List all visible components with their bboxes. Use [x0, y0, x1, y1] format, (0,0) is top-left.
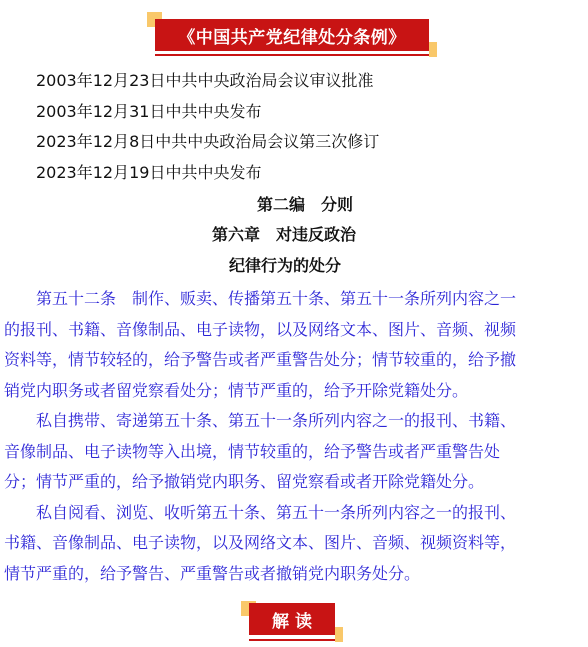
article-body: 第五十二条 制作、贩卖、传播第五十条、第五十一条所列内容之一 的报刊、书籍、音像… [4, 284, 582, 589]
title-bar: 《中国共产党纪律处分条例》 [155, 19, 429, 51]
text-line: 书籍、音像制品、电子读物，以及网络文本、图片、音频、视频资料等， [4, 528, 582, 559]
date-line: 2003年12月31日中共中央发布 [36, 97, 379, 128]
interpretation-underline [249, 639, 335, 641]
chapter-heading-line2: 纪律行为的处分 [229, 251, 341, 281]
interpretation-title: 解读 [266, 607, 318, 632]
text-line: 第五十二条 制作、贩卖、传播第五十条、第五十一条所列内容之一 [4, 284, 582, 315]
date-list: 2003年12月23日中共中央政治局会议审议批准 2003年12月31日中共中央… [36, 66, 379, 188]
interpretation-bar: 解读 [249, 603, 335, 635]
text-line: 分；情节严重的，给予撤销党内职务、留党察看或者开除党籍处分。 [4, 467, 582, 498]
document-title: 《中国共产党纪律处分条例》 [178, 23, 406, 48]
text-line: 销党内职务或者留党察看处分；情节严重的，给予开除党籍处分。 [4, 376, 582, 407]
chapter-heading-line1: 第六章 对违反政治 [212, 220, 356, 250]
text-line: 的报刊、书籍、音像制品、电子读物，以及网络文本、图片、音频、视频 [4, 315, 582, 346]
text-line: 情节严重的，给予警告、严重警告或者撤销党内职务处分。 [4, 559, 582, 590]
text-line: 资料等，情节较轻的，给予警告或者严重警告处分；情节较重的，给予撤 [4, 345, 582, 376]
article-paragraph: 第五十二条 制作、贩卖、传播第五十条、第五十一条所列内容之一 的报刊、书籍、音像… [4, 284, 582, 406]
date-line: 2023年12月8日中共中央政治局会议第三次修订 [36, 127, 379, 158]
accent-square-bottom-right [335, 627, 343, 642]
date-line: 2003年12月23日中共中央政治局会议审议批准 [36, 66, 379, 97]
article-paragraph: 私自阅看、浏览、收听第五十条、第五十一条所列内容之一的报刊、 书籍、音像制品、电… [4, 498, 582, 590]
part-heading: 第二编 分则 [257, 190, 353, 220]
text-line: 私自携带、寄递第五十条、第五十一条所列内容之一的报刊、书籍、 [4, 406, 582, 437]
date-line: 2023年12月19日中共中央发布 [36, 158, 379, 189]
title-underline [155, 54, 429, 56]
accent-square-bottom-right [429, 42, 437, 57]
text-line: 私自阅看、浏览、收听第五十条、第五十一条所列内容之一的报刊、 [4, 498, 582, 529]
text-line: 音像制品、电子读物等入出境，情节较重的，给予警告或者严重警告处 [4, 437, 582, 468]
article-paragraph: 私自携带、寄递第五十条、第五十一条所列内容之一的报刊、书籍、 音像制品、电子读物… [4, 406, 582, 498]
